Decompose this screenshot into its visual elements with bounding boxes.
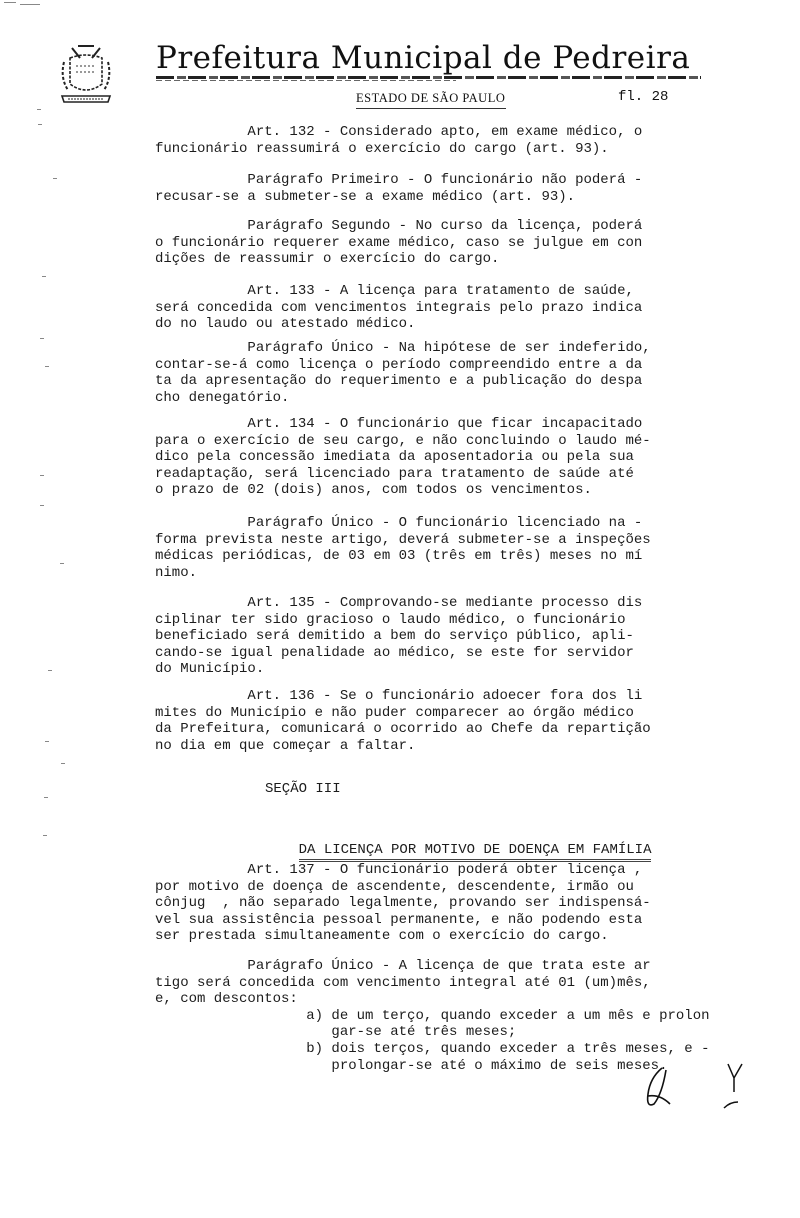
letterhead-rule <box>156 76 701 79</box>
paragraph-art132-p2: Parágrafo Segundo - No curso da licença,… <box>155 218 642 268</box>
paragraph-art132: Art. 132 - Considerado apto, em exame mé… <box>155 124 642 157</box>
state-underline <box>356 108 506 109</box>
margin-speck <box>45 741 49 742</box>
margin-speck <box>44 797 48 798</box>
signature-initials-icon <box>640 1064 685 1114</box>
page-folio: fl. 28 <box>618 89 668 105</box>
state-label: ESTADO DE SÃO PAULO <box>356 91 505 106</box>
paragraph-art134: Art. 134 - O funcionário que ficar incap… <box>155 416 651 499</box>
section-title-text: DA LICENÇA POR MOTIVO DE DOENÇA EM FAMÍL… <box>299 842 652 862</box>
margin-speck <box>40 338 44 339</box>
letterhead-rule-secondary <box>156 80 456 81</box>
margin-speck <box>43 835 47 836</box>
paragraph-art135: Art. 135 - Comprovando-se mediante proce… <box>155 595 642 678</box>
margin-speck <box>53 178 57 179</box>
signature-mark-icon <box>718 1060 753 1115</box>
margin-speck <box>45 366 49 367</box>
paragraph-art137: Art. 137 - O funcionário poderá obter li… <box>155 862 651 945</box>
margin-speck <box>48 670 52 671</box>
section-number: SEÇÃO III <box>265 781 341 797</box>
margin-speck <box>38 124 42 125</box>
letterhead-title: Prefeitura Municipal de Pedreira <box>156 40 690 76</box>
paragraph-art133-pu: Parágrafo Único - Na hipótese de ser ind… <box>155 340 651 406</box>
margin-speck <box>40 505 44 506</box>
margin-speck <box>37 109 41 110</box>
margin-speck <box>60 563 64 564</box>
margin-speck <box>61 763 65 764</box>
paragraph-art133: Art. 133 - A licença para tratamento de … <box>155 283 642 333</box>
paragraph-art132-p1: Parágrafo Primeiro - O funcionário não p… <box>155 172 642 205</box>
paragraph-art134-pu: Parágrafo Único - O funcionário licencia… <box>155 515 651 581</box>
margin-speck <box>4 2 16 3</box>
paragraph-art136: Art. 136 - Se o funcionário adoecer fora… <box>155 688 651 754</box>
margin-speck <box>40 475 44 476</box>
margin-speck <box>20 4 40 5</box>
document-page: Prefeitura Municipal de Pedreira ESTADO … <box>0 0 800 1218</box>
paragraph-art137-pu: Parágrafo Único - A licença de que trata… <box>155 958 710 1074</box>
margin-speck <box>42 276 46 277</box>
coat-of-arms-icon <box>58 44 114 106</box>
